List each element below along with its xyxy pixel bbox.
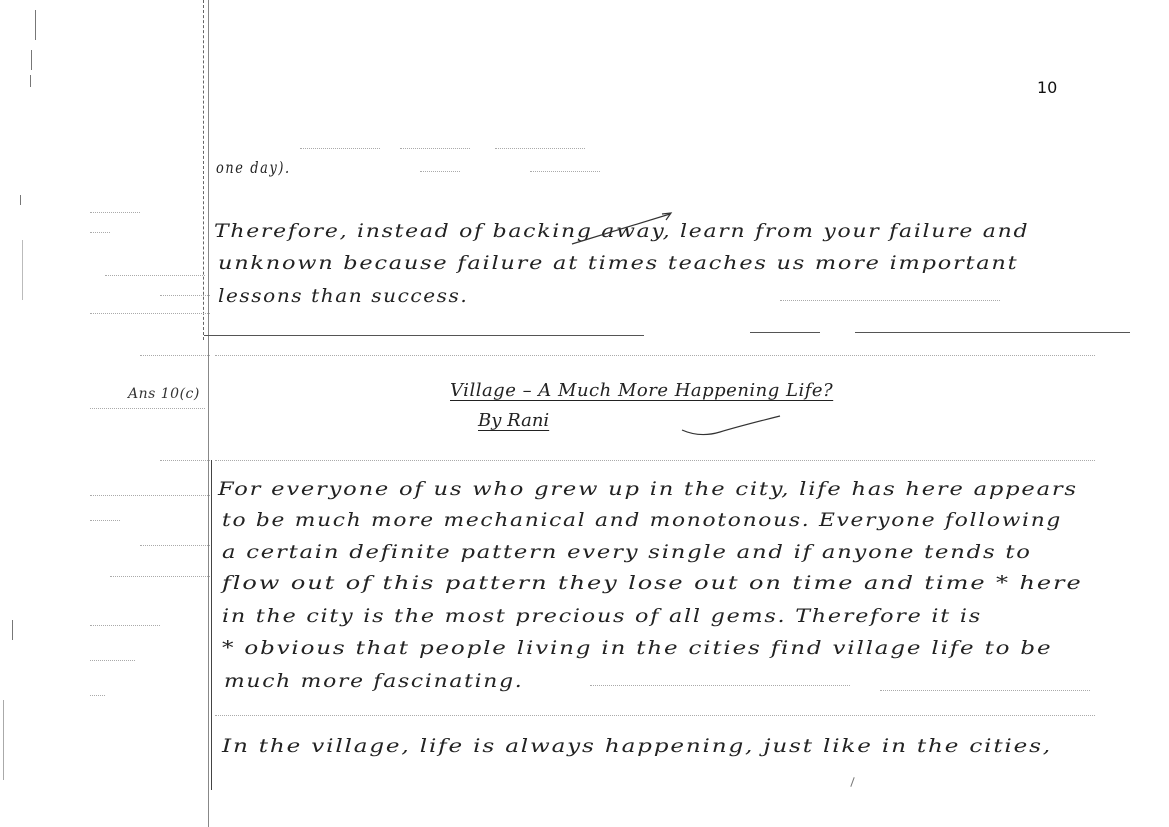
continuation-text: one day). [216, 158, 291, 177]
scan-noise [22, 240, 23, 300]
scan-noise [35, 10, 36, 40]
essay-p1-line-2: to be much more mechanical and monotonou… [222, 509, 1062, 531]
scan-noise [90, 495, 210, 496]
scan-noise [110, 576, 210, 577]
essay-byline: By Rani [478, 410, 549, 431]
margin-rule [208, 0, 209, 827]
section-divider [750, 332, 820, 333]
essay-p1-line-6: * obvious that people living in the citi… [222, 637, 1052, 659]
scan-noise [3, 700, 4, 780]
essay-p1-line-1: For everyone of us who grew up in the ci… [218, 478, 1078, 500]
scan-noise [160, 295, 210, 296]
correction-arrow-icon [570, 208, 680, 248]
ruled-line [300, 148, 380, 149]
scan-noise [90, 520, 120, 521]
essay-title: Village – A Much More Happening Life? [450, 380, 833, 401]
ruled-line [880, 690, 1090, 691]
scan-noise [20, 195, 21, 205]
scan-noise [90, 660, 135, 661]
scan-noise [90, 232, 110, 233]
scan-noise [90, 313, 210, 314]
scan-noise [30, 75, 31, 87]
scan-noise [160, 460, 210, 461]
closing-line-2: unknown because failure at times teaches… [218, 252, 1018, 274]
ruled-line [215, 355, 1095, 356]
scan-noise [90, 695, 105, 696]
ruled-line [215, 715, 1095, 716]
scan-noise [12, 620, 13, 640]
essay-p2-line-1: In the village, life is always happening… [222, 735, 1052, 757]
scan-noise [140, 545, 210, 546]
page-number: 10 [1037, 78, 1057, 97]
scan-noise [90, 212, 140, 213]
essay-p1-line-5: in the city is the most precious of all … [222, 605, 982, 627]
ruled-line [420, 171, 460, 172]
section-divider [855, 332, 1130, 333]
margin-rule [203, 0, 204, 340]
ruled-line [215, 460, 1095, 461]
essay-p1-line-7: much more fascinating. [224, 670, 523, 692]
essay-p1-line-3: a certain definite pattern every single … [222, 541, 1032, 563]
scanned-page: 10 one day). Therefore, instead of backi… [0, 0, 1169, 827]
title-flourish-icon [680, 410, 790, 440]
section-divider [204, 335, 644, 336]
scan-noise [90, 625, 160, 626]
closing-line-3: lessons than success. [218, 285, 468, 307]
question-label: Ans 10(c) [128, 386, 200, 402]
ruled-line [495, 148, 585, 149]
scan-noise [105, 275, 205, 276]
essay-p1-line-4: flow out of this pattern they lose out o… [222, 572, 1083, 594]
scan-noise [31, 50, 32, 70]
scan-noise [140, 355, 210, 356]
scan-noise [90, 408, 205, 409]
ruled-line [780, 300, 1000, 301]
ruled-line [590, 685, 850, 686]
stray-mark [850, 777, 854, 787]
margin-rule [211, 460, 212, 790]
ruled-line [530, 171, 600, 172]
ruled-line [400, 148, 470, 149]
